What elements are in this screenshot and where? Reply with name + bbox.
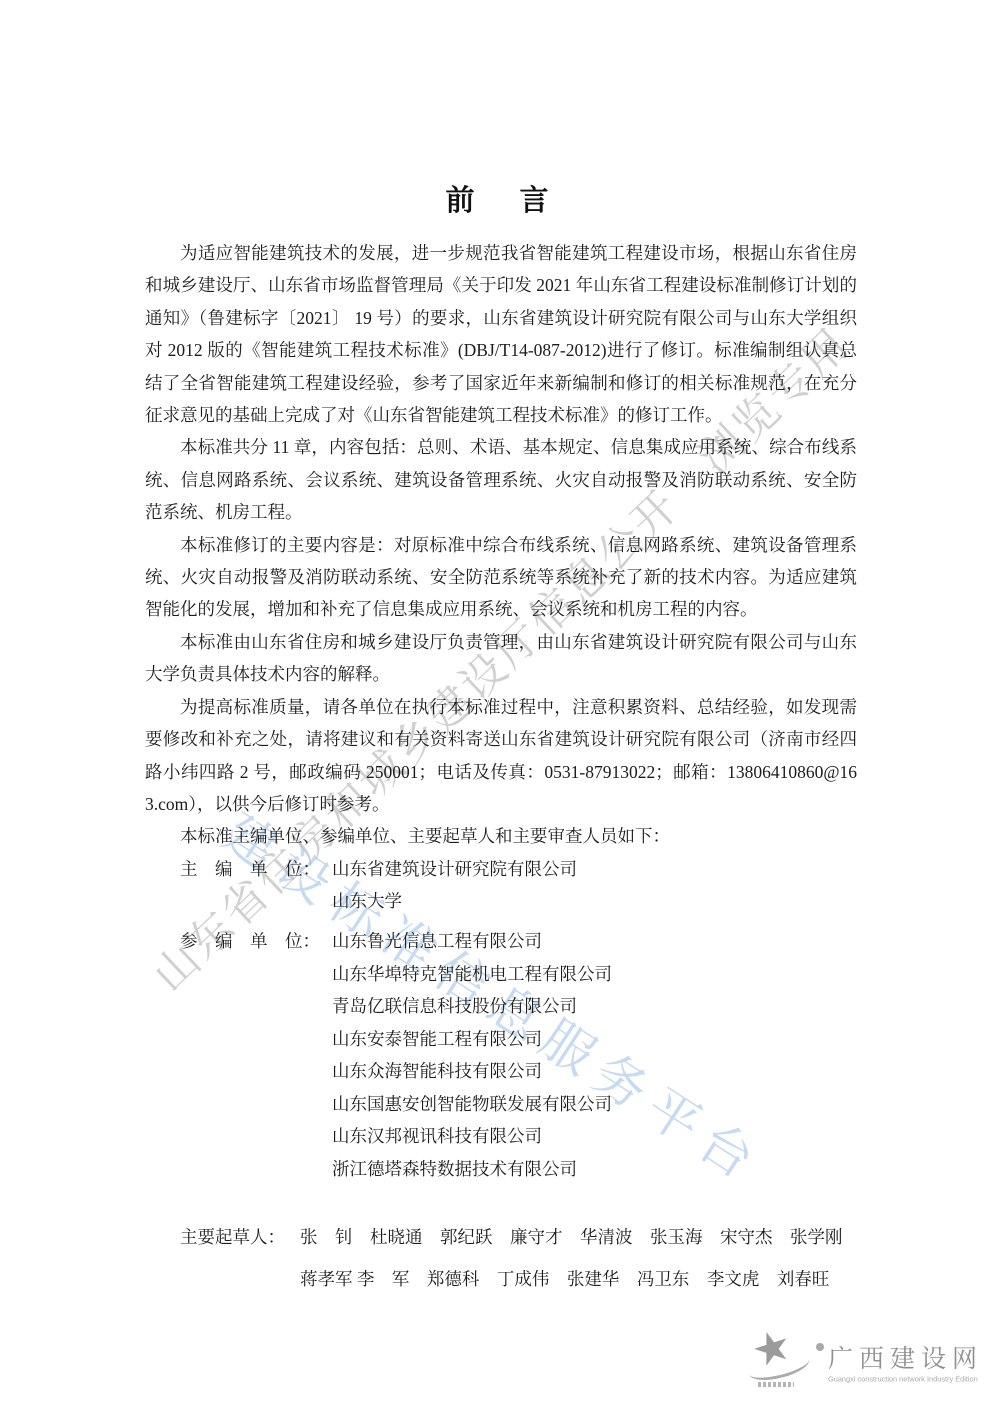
preface-content: 前 言 为适应智能建筑技术的发展，进一步规范我省智能建筑工程建设市场，根据山东省…: [145, 178, 857, 1300]
chief-editor-unit: 山东省建筑设计研究院有限公司: [332, 853, 857, 886]
participating-unit-row: 山东安泰智能工程有限公司: [180, 1023, 857, 1056]
participating-unit-row: 山东华埠特克智能机电工程有限公司: [180, 958, 857, 991]
participating-unit: 山东鲁光信息工程有限公司: [332, 925, 857, 958]
unit-label-spacer: [180, 1055, 332, 1088]
drafters-names: 张 钊 杜晓通 郭纪跃 廉守才 华清波 张玉海 宋守杰 张学刚 蒋孝军 李 军 …: [300, 1216, 857, 1300]
unit-label-spacer: [180, 1088, 332, 1121]
drafters-row-2: 蒋孝军 李 军 郑德科 丁成伟 张建华 冯卫东 李文虎 刘春旺: [300, 1258, 857, 1300]
chief-editor-label: 主 编 单 位：: [180, 853, 332, 886]
logo-name: 广西建设网: [828, 1339, 983, 1375]
participating-unit-row: 山东众海智能科技有限公司: [180, 1055, 857, 1088]
unit-label-spacer: [180, 1120, 332, 1153]
participating-unit: 山东安泰智能工程有限公司: [332, 1023, 857, 1056]
chief-editor-unit: 山东大学: [332, 885, 857, 918]
participating-unit-row: 参 编 单 位： 山东鲁光信息工程有限公司: [180, 925, 857, 958]
unit-label-spacer: [180, 885, 332, 918]
participating-unit: 山东华埠特克智能机电工程有限公司: [332, 958, 857, 991]
chief-editor-row: 主 编 单 位： 山东省建筑设计研究院有限公司: [180, 853, 857, 886]
chief-editor-row: 山东大学: [180, 885, 857, 918]
paragraph-3: 本标准修订的主要内容是：对原标准中综合布线系统、信息网路系统、建筑设备管理系统、…: [145, 529, 857, 626]
unit-label-spacer: [180, 1023, 332, 1056]
paragraph-1: 为适应智能建筑技术的发展，进一步规范我省智能建筑工程建设市场，根据山东省住房和城…: [145, 237, 857, 431]
paragraph-4: 本标准由山东省住房和城乡建设厅负责管理，由山东省建筑设计研究院有限公司与山东大学…: [145, 626, 857, 691]
participating-unit-row: 青岛亿联信息科技股份有限公司: [180, 990, 857, 1023]
participating-unit: 青岛亿联信息科技股份有限公司: [332, 990, 857, 1023]
logo-subtitle: Guangxi construction network Industry Ed…: [828, 1375, 978, 1383]
unit-label-spacer: [180, 990, 332, 1023]
unit-label-spacer: [180, 1153, 332, 1186]
editing-units-list: 主 编 单 位： 山东省建筑设计研究院有限公司 山东大学 参 编 单 位： 山东…: [180, 853, 857, 1186]
drafters-row-1: 张 钊 杜晓通 郭纪跃 廉守才 华清波 张玉海 宋守杰 张学刚: [300, 1216, 857, 1258]
unit-label-spacer: [180, 958, 332, 991]
participating-unit: 浙江德塔森特数据技术有限公司: [332, 1153, 857, 1186]
document-page: 山东省住房和城乡建设厅信息公开 浏览专用 建设标准信息服务平台 前 言 为适应智…: [0, 0, 992, 1403]
participating-unit: 山东汉邦视讯科技有限公司: [332, 1120, 857, 1153]
footer-logo: ★ 广西建设网 Guangxi construction network Ind…: [736, 1329, 986, 1397]
participating-unit-row: 山东国惠安创智能物联发展有限公司: [180, 1088, 857, 1121]
participating-unit-row: 山东汉邦视讯科技有限公司: [180, 1120, 857, 1153]
paragraph-5: 为提高标准质量，请各单位在执行本标准过程中，注意积累资料、总结经验，如发现需要修…: [145, 691, 857, 821]
page-title: 前 言: [145, 178, 857, 219]
drafters-label: 主要起草人：: [180, 1216, 300, 1300]
paragraph-2: 本标准共分 11 章，内容包括：总则、术语、基本规定、信息集成应用系统、综合布线…: [145, 431, 857, 528]
participating-unit-row: 浙江德塔森特数据技术有限公司: [180, 1153, 857, 1186]
dot-icon: [816, 1343, 824, 1351]
logo-squiggle-mark: [758, 1382, 794, 1387]
participating-editor-label: 参 编 单 位：: [180, 925, 332, 958]
participating-unit: 山东众海智能科技有限公司: [332, 1055, 857, 1088]
drafters-block: 主要起草人： 张 钊 杜晓通 郭纪跃 廉守才 华清波 张玉海 宋守杰 张学刚 蒋…: [180, 1216, 857, 1300]
paragraph-6: 本标准主编单位、参编单位、主要起草人和主要审查人员如下：: [145, 820, 857, 852]
participating-unit: 山东国惠安创智能物联发展有限公司: [332, 1088, 857, 1121]
